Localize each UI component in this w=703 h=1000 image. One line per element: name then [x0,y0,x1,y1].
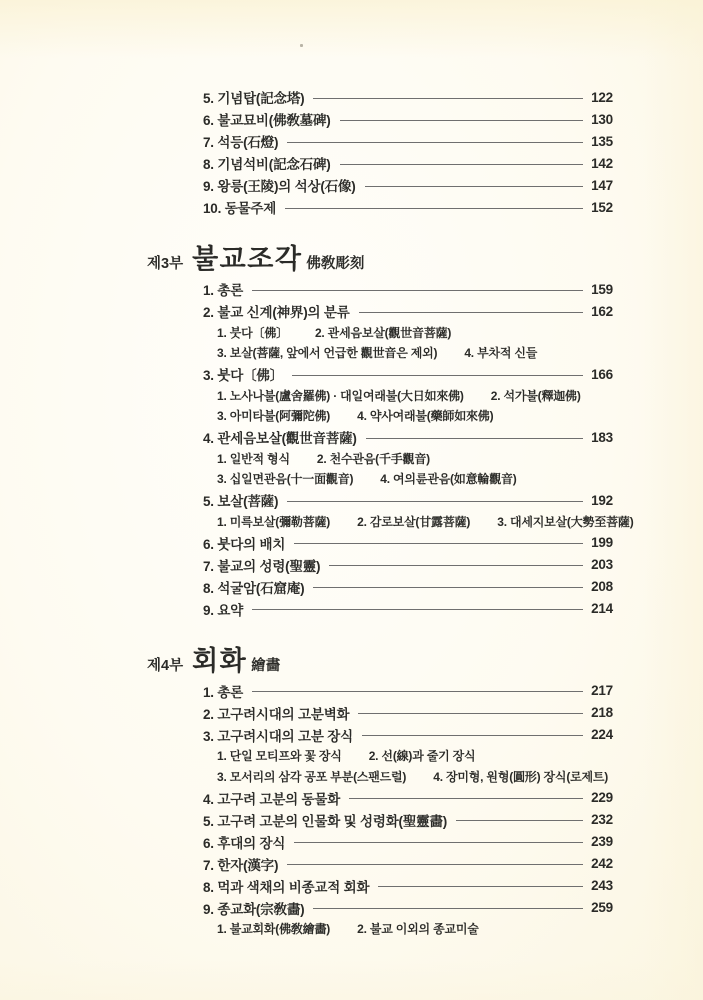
page-number: 162 [591,304,613,319]
page-number: 183 [591,430,613,445]
toc-item-label: 6. 불교묘비(佛敎墓碑) [203,109,331,129]
toc-item-row: 9. 왕릉(王陵)의 석상(石像)147 [203,174,613,196]
toc-subitem-label: 4. 부차적 신들 [464,344,537,361]
section-title-hanja: 佛敎彫刻 [306,252,364,273]
toc-subitem-label: 4. 장미형, 원형(圓形) 장식(로제트) [433,768,608,785]
toc-subitem-row: 3. 보살(菩薩, 앞에서 언급한 觀世音은 제외)4. 부차적 신들 [217,343,613,364]
page-number: 208 [591,579,613,594]
leader-line [365,186,584,187]
toc-subitem-label: 2. 석가불(釋迦佛) [491,387,581,404]
leader-line [456,820,583,821]
toc-subitem-label: 4. 약사여래불(藥師如來佛) [357,407,493,424]
toc-subitem-row: 1. 불교회화(佛敎繪畵)2. 불교 이외의 종교미술 [217,919,613,940]
toc-item-label: 10. 동물주제 [203,197,276,217]
section-title-hanja: 繪畵 [251,654,280,675]
paper-speck [300,44,303,47]
leader-line [378,886,583,887]
toc-subitem-row: 1. 미륵보살(彌勒菩薩)2. 감로보살(甘露菩薩)3. 대세지보살(大勢至菩薩… [217,511,613,532]
leader-line [294,842,583,843]
leader-line [313,908,583,909]
page-number: 159 [591,282,613,297]
toc-item-row: 7. 불교의 성령(聖靈)203 [203,554,613,576]
page-number: 122 [591,90,613,105]
toc-item-label: 8. 기념석비(記念石碑) [203,153,331,173]
toc-item-label: 6. 후대의 장식 [203,832,285,852]
toc-item-label: 9. 종교화(宗敎畵) [203,898,304,918]
page-number: 229 [591,790,613,805]
page-number: 232 [591,812,613,827]
page-number: 142 [591,156,613,171]
toc-subitem-label: 3. 대세지보살(大勢至菩薩) [497,513,633,530]
page-number: 192 [591,493,613,508]
toc-subitem-label: 2. 선(線)과 줄기 장식 [369,747,476,764]
page-number: 199 [591,535,613,550]
leader-line [287,142,583,143]
toc-item-label: 8. 먹과 색채의 비종교적 회화 [203,876,369,896]
toc-subitem-row: 1. 노사나불(盧舍羅佛) · 대일여래불(大日如來佛)2. 석가불(釋迦佛) [217,385,613,406]
leader-line [349,798,583,799]
toc-item-label: 3. 붓다〔佛〕 [203,364,283,384]
toc-item-label: 5. 보살(菩薩) [203,490,278,510]
leader-line [252,609,583,610]
section-title: 회화 [192,639,247,678]
toc-subitem-row: 1. 일반적 형식2. 천수관음(千手觀音) [217,448,613,469]
toc-item-row: 5. 보살(菩薩)192 [203,489,613,511]
toc-item-label: 4. 관세음보살(觀世音菩薩) [203,427,357,447]
page-number: 259 [591,900,613,915]
leader-line [362,735,583,736]
toc-item-label: 8. 석굴암(石窟庵) [203,577,304,597]
toc-content: 5. 기념탑(記念塔)1226. 불교묘비(佛敎墓碑)1307. 석등(石燈)1… [147,86,613,939]
toc-item-label: 5. 고구려 고분의 인물화 및 성령화(聖靈畵) [203,810,447,830]
leader-line [287,501,583,502]
toc-item-row: 4. 관세음보살(觀世音菩薩)183 [203,426,613,448]
page-number: 217 [591,683,613,698]
toc-item-label: 9. 요약 [203,599,243,619]
leader-line [292,375,583,376]
leader-line [287,864,583,865]
leader-line [313,587,583,588]
toc-item-label: 3. 고구려시대의 고분 장식 [203,725,353,745]
toc-continued-items: 5. 기념탑(記念塔)1226. 불교묘비(佛敎墓碑)1307. 석등(石燈)1… [147,86,613,218]
toc-sections: 제3부불교조각佛敎彫刻1. 총론1592. 불교 신계(神界)의 분류1621.… [147,237,613,939]
section-title: 불교조각 [192,237,302,276]
page-number: 239 [591,834,613,849]
toc-item-row: 6. 불교묘비(佛敎墓碑)130 [203,108,613,130]
toc-item-label: 6. 붓다의 배치 [203,533,285,553]
toc-subitem-label: 2. 천수관음(千手觀音) [317,450,430,467]
toc-item-row: 10. 동물주제152 [203,196,613,218]
leader-line [358,713,583,714]
toc-subitem-row: 3. 아미타불(阿彌陀佛)4. 약사여래불(藥師如來佛) [217,406,613,427]
toc-item-label: 2. 불교 신계(神界)의 분류 [203,301,350,321]
toc-item-label: 9. 왕릉(王陵)의 석상(石像) [203,175,356,195]
toc-subitem-label: 4. 여의륜관음(如意輪觀音) [380,470,516,487]
toc-item-row: 7. 한자(漢字)242 [203,853,613,875]
toc-item-label: 7. 석등(石燈) [203,131,278,151]
toc-subitem-label: 1. 미륵보살(彌勒菩薩) [217,513,330,530]
page-number: 243 [591,878,613,893]
toc-item-row: 9. 종교화(宗敎畵)259 [203,897,613,919]
page-number: 224 [591,727,613,742]
section-part-label: 제3부 [147,252,183,273]
section-part-label: 제4부 [147,654,183,675]
toc-subitem-label: 3. 모서리의 삼각 공포 부분(스팬드럴) [217,768,406,785]
leader-line [366,438,583,439]
leader-line [329,565,583,566]
toc-subitem-label: 1. 단일 모티프와 꽃 장식 [217,747,342,764]
page-number: 152 [591,200,613,215]
leader-line [252,290,583,291]
toc-item-row: 6. 붓다의 배치199 [203,532,613,554]
toc-subitem-label: 1. 노사나불(盧舍羅佛) · 대일여래불(大日如來佛) [217,387,464,404]
page-number: 147 [591,178,613,193]
toc-item-label: 1. 총론 [203,681,243,701]
toc-subitem-row: 1. 단일 모티프와 꽃 장식2. 선(線)과 줄기 장식 [217,746,613,767]
toc-subitem-label: 2. 불교 이외의 종교미술 [357,920,479,937]
toc-item-row: 8. 기념석비(記念石碑)142 [203,152,613,174]
toc-item-row: 1. 총론159 [203,278,613,300]
section-header: 제3부불교조각佛敎彫刻 [147,237,613,273]
page-number: 242 [591,856,613,871]
toc-item-row: 5. 기념탑(記念塔)122 [203,86,613,108]
section-item-list: 1. 총론2172. 고구려시대의 고분벽화2183. 고구려시대의 고분 장식… [147,680,613,940]
toc-item-row: 2. 불교 신계(神界)의 분류162 [203,300,613,322]
toc-subitem-row: 3. 모서리의 삼각 공포 부분(스팬드럴)4. 장미형, 원형(圓形) 장식(… [217,766,613,787]
toc-item-row: 1. 총론217 [203,680,613,702]
toc-subitem-row: 3. 십일면관음(十一面觀音)4. 여의륜관음(如意輪觀音) [217,469,613,490]
leader-line [252,691,583,692]
leader-line [294,543,583,544]
section-item-list: 1. 총론1592. 불교 신계(神界)의 분류1621. 붓다〔佛〕2. 관세… [147,278,613,620]
toc-subitem-label: 1. 붓다〔佛〕 [217,324,288,341]
toc-subitem-label: 3. 아미타불(阿彌陀佛) [217,407,330,424]
toc-subitem-label: 2. 관세음보살(觀世音菩薩) [315,324,451,341]
leader-line [340,120,583,121]
toc-item-label: 2. 고구려시대의 고분벽화 [203,703,349,723]
toc-subitem-label: 3. 보살(菩薩, 앞에서 언급한 觀世音은 제외) [217,344,437,361]
toc-item-row: 3. 고구려시대의 고분 장식224 [203,724,613,746]
section-header: 제4부회화繪畵 [147,639,613,675]
toc-item-row: 6. 후대의 장식239 [203,831,613,853]
toc-subitem-label: 2. 감로보살(甘露菩薩) [357,513,470,530]
leader-line [340,164,583,165]
toc-item-row: 3. 붓다〔佛〕166 [203,363,613,385]
toc-item-row: 4. 고구려 고분의 동물화229 [203,787,613,809]
toc-item-row: 5. 고구려 고분의 인물화 및 성령화(聖靈畵)232 [203,809,613,831]
toc-item-row: 2. 고구려시대의 고분벽화218 [203,702,613,724]
page-number: 203 [591,557,613,572]
toc-item-label: 7. 한자(漢字) [203,854,278,874]
page-number: 135 [591,134,613,149]
toc-item-row: 9. 요약214 [203,598,613,620]
book-page: 5. 기념탑(記念塔)1226. 불교묘비(佛敎墓碑)1307. 석등(石燈)1… [0,0,703,1000]
toc-subitem-row: 1. 붓다〔佛〕2. 관세음보살(觀世音菩薩) [217,322,613,343]
toc-item-row: 7. 석등(石燈)135 [203,130,613,152]
toc-subitem-label: 1. 일반적 형식 [217,450,290,467]
leader-line [285,208,583,209]
toc-item-row: 8. 석굴암(石窟庵)208 [203,576,613,598]
toc-subitem-label: 1. 불교회화(佛敎繪畵) [217,920,330,937]
page-number: 130 [591,112,613,127]
leader-line [313,98,583,99]
toc-item-label: 4. 고구려 고분의 동물화 [203,788,340,808]
toc-item-label: 1. 총론 [203,279,243,299]
page-number: 218 [591,705,613,720]
page-number: 166 [591,367,613,382]
toc-subitem-label: 3. 십일면관음(十一面觀音) [217,470,353,487]
toc-item-label: 7. 불교의 성령(聖靈) [203,555,320,575]
toc-item-label: 5. 기념탑(記念塔) [203,87,304,107]
leader-line [359,312,583,313]
page-number: 214 [591,601,613,616]
toc-item-row: 8. 먹과 색채의 비종교적 회화243 [203,875,613,897]
